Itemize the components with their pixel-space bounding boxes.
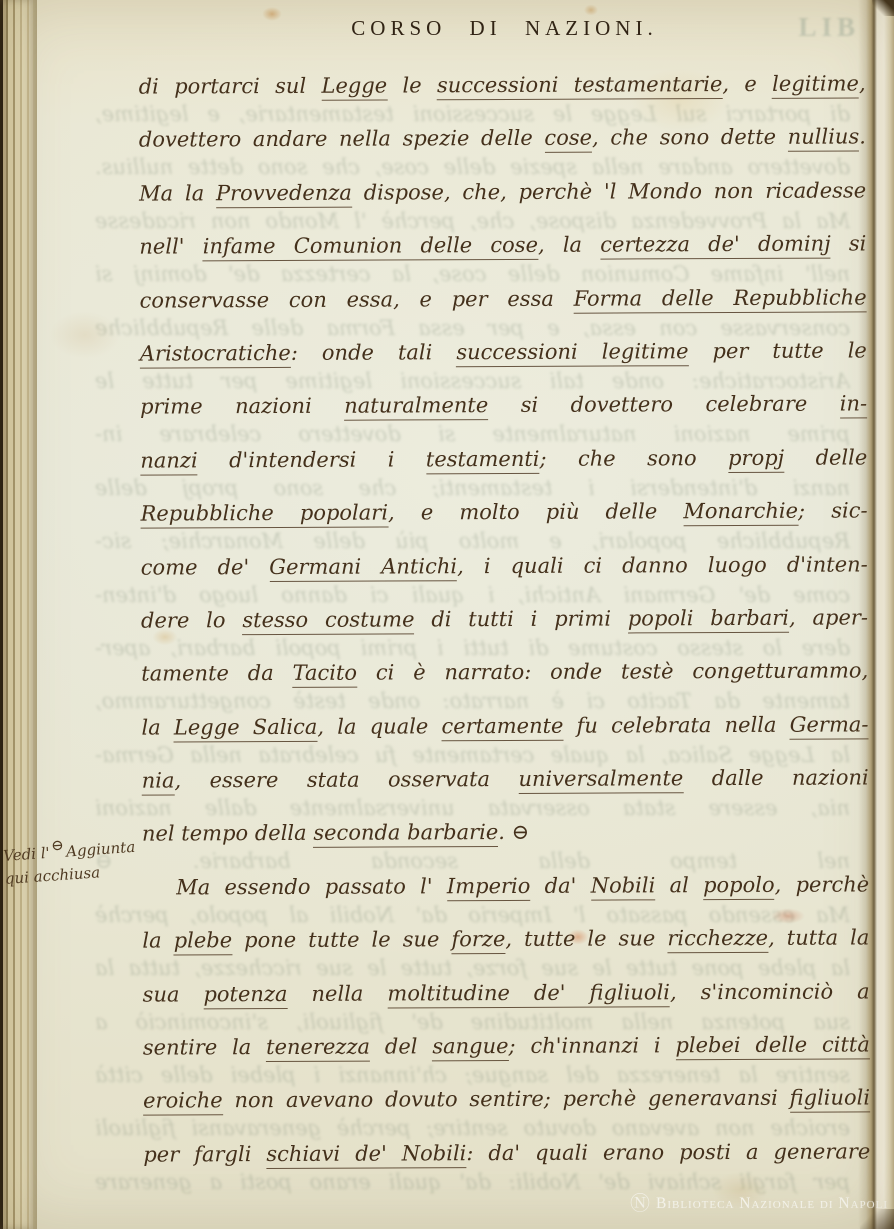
underlined-text-segment: schiavi de' Nobili	[266, 1141, 466, 1169]
manuscript-line: sua potenza nella moltitudine de' figliu…	[143, 965, 870, 1022]
underlined-text-segment: plebei delle città	[675, 1032, 870, 1060]
underlined-text-segment: cose	[544, 126, 592, 153]
manuscript-line: Ma essendo passato l' Imperio da' Nobili…	[142, 858, 869, 915]
manuscript-line: conservasse con essa, e per essa Forma d…	[139, 271, 866, 328]
manuscript-line: per fargli schiavi de' Nobili: da' quali…	[143, 1125, 870, 1182]
library-stamp: Ⓝ Biblioteca Nazionale di Napoli	[630, 1194, 888, 1214]
underlined-text-segment: Provvedenza	[216, 180, 352, 208]
margin-note-suffix: Aggiunta	[66, 838, 136, 861]
manuscript-line: dovettero andare nella spezie delle cose…	[139, 111, 866, 168]
text-segment: , i quali ci danno luogo d'inten-	[457, 552, 868, 578]
text-segment: di portarci sul	[139, 74, 322, 99]
text-segment: dispose, che, perchè 'l Mondo non ricade…	[352, 178, 866, 204]
manuscript-line: la plebe pone tutte le sue forze, tutte …	[142, 912, 869, 969]
text-segment: dalle nazioni	[683, 765, 869, 790]
text-segment: , la	[538, 233, 600, 257]
text-segment: pone tutte le sue	[232, 927, 451, 952]
text-segment: come de'	[141, 555, 270, 580]
underlined-text-segment: nia	[142, 769, 175, 796]
underlined-text-segment: popoli barbari	[628, 606, 789, 634]
manuscript-line: di portarci sul Legge le successioni tes…	[139, 57, 866, 114]
underlined-text-segment: Forma delle Repubbliche	[574, 285, 867, 313]
text-segment: ; sic-	[798, 499, 868, 523]
text-segment: d'intendersi i	[198, 447, 426, 472]
underlined-text-segment: nanzi	[140, 448, 197, 475]
text-segment: , essere stata osservata	[174, 767, 518, 793]
manuscript-line: Ma la Provvedenza dispose, che, perchè '…	[139, 164, 866, 221]
manuscript-line: nia, essere stata osservata universalmen…	[142, 751, 869, 808]
underlined-text-segment: testamenti	[426, 447, 540, 474]
text-segment: prime nazioni	[140, 394, 344, 419]
underlined-text-segment: tenerezza	[266, 1035, 370, 1062]
underlined-text-segment: Tacito	[293, 661, 358, 688]
text-segment: fu celebrata nella	[563, 712, 789, 737]
manuscript-page: di portarci sul Legge le successioni tes…	[0, 0, 894, 1229]
text-segment: ; ch'innanzi i	[508, 1033, 675, 1058]
underlined-text-segment: certamente	[441, 713, 563, 741]
underlined-text-segment: universalmente	[518, 766, 683, 794]
text-segment: ci è narrato: onde testè congetturammo,	[357, 659, 868, 685]
text-segment: sua	[143, 982, 204, 1006]
manuscript-line: nel tempo della seconda barbarie. ⊖	[142, 805, 869, 862]
text-segment: delle	[784, 445, 867, 469]
text-segment: , tutta la	[768, 926, 869, 950]
text-segment: , tutte le sue	[505, 927, 667, 952]
text-segment: , che sono dette	[592, 125, 788, 150]
text-segment: le	[387, 73, 437, 97]
manuscript-line: nanzi d'intendersi i testamenti; che son…	[140, 431, 867, 488]
text-segment: si	[831, 232, 867, 256]
text-segment: : da' quali erano posti a generare	[466, 1139, 870, 1165]
text-segment: , s'incominciò a	[670, 979, 870, 1004]
underlined-text-segment: nullius	[788, 125, 860, 152]
margin-note-prefix: Vedi l'	[3, 844, 51, 865]
page-corner-shadow-top-right	[872, 0, 894, 16]
underlined-text-segment: successioni testamentarie	[437, 72, 722, 100]
text-segment: del	[370, 1034, 432, 1058]
text-segment: di tutti i primi	[414, 606, 627, 631]
underlined-text-segment: plebe	[174, 928, 233, 955]
book-binding-left	[0, 0, 37, 1229]
underlined-text-segment: propj	[728, 446, 784, 473]
underlined-text-segment: legitime	[772, 71, 859, 98]
text-segment: la	[141, 715, 174, 739]
underlined-text-segment: figliuoli	[790, 1086, 871, 1113]
text-segment: da'	[530, 873, 590, 897]
text-segment: .	[498, 820, 511, 844]
reference-mark-icon: ⊖	[512, 820, 530, 844]
text-segment: dovettero andare nella spezie delle	[139, 126, 545, 152]
manuscript-line: Repubbliche popolari, e molto più delle …	[140, 485, 867, 542]
text-segment: Ma la	[139, 181, 216, 205]
manuscript-line: dere lo stesso costume di tutti i primi …	[141, 591, 868, 648]
underlined-text-segment: Legge Salica	[174, 715, 318, 743]
library-monogram-icon: Ⓝ	[630, 1194, 651, 1214]
underlined-text-segment: Repubbliche popolari	[140, 501, 388, 529]
text-segment: : onde tali	[291, 340, 457, 365]
page-title: CORSO DI NAZIONI.	[141, 16, 868, 41]
text-segment: al	[655, 873, 703, 897]
underlined-text-segment: certezza de' dominj	[600, 232, 831, 260]
text-segment: per fargli	[143, 1142, 266, 1167]
underlined-text-segment: Germani Antichi	[269, 554, 457, 582]
manuscript-text: di portarci sul Legge le successioni tes…	[139, 57, 871, 1181]
margin-note: Vedi l'⊖Aggiunta qui acchiusa	[3, 835, 148, 891]
underlined-text-segment: ricchezze	[667, 926, 768, 953]
text-segment: conservasse con essa, e per essa	[140, 286, 574, 312]
text-segment: per tutte le	[688, 338, 866, 363]
text-segment: si dovettero celebrare	[488, 392, 840, 418]
text-segment: sentire la	[143, 1035, 266, 1060]
manuscript-line: come de' Germani Antichi, i quali ci dan…	[141, 538, 868, 595]
text-segment: , e	[722, 72, 772, 96]
text-segment: nell'	[139, 234, 202, 258]
underlined-text-segment: Germa-	[790, 712, 869, 739]
underlined-text-segment: Imperio	[447, 874, 531, 901]
text-segment: , aper-	[789, 605, 868, 629]
text-segment: Ma essendo passato l'	[176, 874, 447, 899]
text-segment: nella	[287, 981, 387, 1005]
underlined-text-segment: successioni legitime	[456, 339, 688, 367]
text-segment: ,	[859, 71, 866, 95]
underlined-text-segment: Legge	[321, 74, 387, 101]
text-segment: nel tempo della	[142, 821, 313, 846]
library-stamp-text: Biblioteca Nazionale di Napoli	[656, 1195, 888, 1213]
manuscript-line: sentire la tenerezza del sangue; ch'inna…	[143, 1018, 870, 1075]
text-segment: , perchè	[775, 872, 870, 896]
underlined-text-segment: in-	[840, 392, 867, 419]
reference-mark-icon: ⊖	[50, 834, 64, 858]
manuscript-line: Aristocratiche: onde tali successioni le…	[140, 324, 867, 381]
underlined-text-segment: popolo	[703, 873, 775, 900]
underlined-text-segment: naturalmente	[344, 393, 488, 421]
underlined-text-segment: sangue	[432, 1034, 508, 1061]
manuscript-line: prime nazioni naturalmente si dovettero …	[140, 378, 867, 435]
manuscript-line: nell' infame Comunion delle cose, la cer…	[139, 218, 866, 275]
text-segment: la	[142, 929, 173, 953]
underlined-text-segment: forze	[451, 927, 505, 954]
text-segment: , la quale	[317, 714, 441, 739]
underlined-text-segment: infame Comunion delle cose	[203, 233, 538, 261]
text-segment: ; che sono	[539, 446, 728, 471]
underlined-text-segment: stesso costume	[242, 607, 414, 635]
underlined-text-segment: Nobili	[591, 873, 656, 900]
manuscript-line: la Legge Salica, la quale certamente fu …	[141, 698, 868, 755]
underlined-text-segment: potenza	[203, 982, 287, 1009]
text-segment: dere lo	[141, 608, 242, 632]
text-segment: tamente da	[141, 661, 292, 686]
manuscript-line: eroiche non avevano dovuto sentire; perc…	[143, 1072, 870, 1129]
text-segment: .	[859, 125, 866, 149]
text-segment: non avevano dovuto sentire; perchè gener…	[223, 1086, 790, 1112]
underlined-text-segment: Monarchie	[683, 499, 798, 527]
underlined-text-segment: moltitudine de' figliuoli	[387, 980, 670, 1008]
manuscript-line: tamente da Tacito ci è narrato: onde tes…	[141, 645, 868, 702]
underlined-text-segment: eroiche	[143, 1089, 223, 1116]
underlined-text-segment: seconda barbarie	[313, 820, 498, 848]
underlined-text-segment: Aristocratiche	[140, 341, 291, 369]
text-segment: , e molto più delle	[388, 499, 683, 524]
